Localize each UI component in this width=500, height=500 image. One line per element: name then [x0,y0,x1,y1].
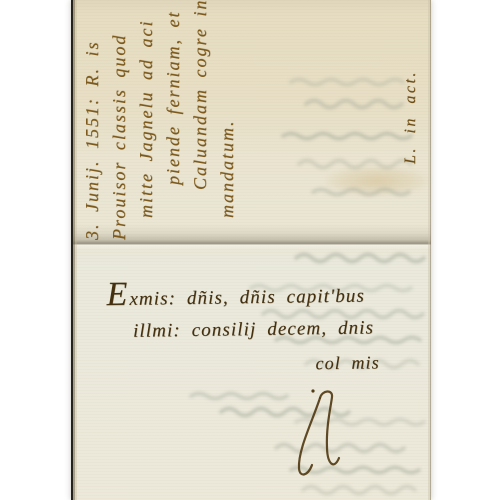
paper-right-edge [427,0,431,500]
registration-line: Prouisor classis quod [106,0,133,240]
paper-left-edge [71,0,78,500]
address-line: Exmis: dñis, dñis capit'bus [106,272,417,314]
address-line: col mis [315,352,417,374]
registration-line: piende ferniam, et [160,0,187,240]
photo-canvas: 3. Junij. 1551: R. is Prouisor classis q… [0,0,500,500]
registration-note: 3. Junij. 1551: R. is Prouisor classis q… [79,0,241,240]
paper-stain [325,166,429,196]
registration-line: mandatum. [214,0,241,240]
filing-note: L. in act. [402,18,420,164]
paraph-flourish-mark [286,388,350,488]
address-line: illmi: consilij decem, dnis [133,317,417,343]
registration-line: 3. Junij. 1551: R. is [79,0,106,240]
address-block: Exmis: dñis, dñis capit'bus illmi: consi… [106,272,417,377]
paraph-dot [311,389,314,392]
registration-line: mitte Jagnelu ad aci [133,0,160,240]
manuscript-page: 3. Junij. 1551: R. is Prouisor classis q… [71,0,431,500]
registration-line: Caluandam cogre ins [187,0,214,240]
